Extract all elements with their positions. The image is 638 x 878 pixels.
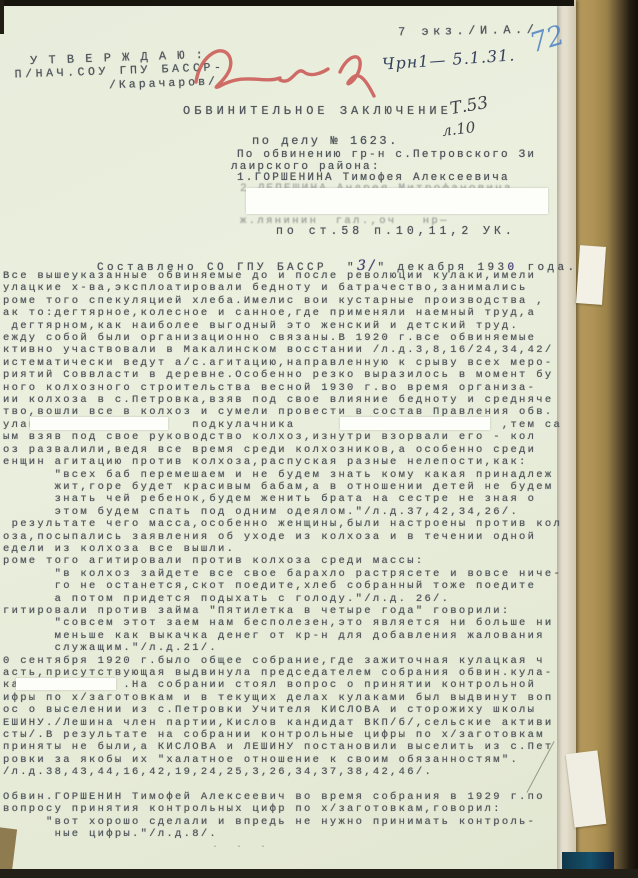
document-title: ОБВИНИТЕЛЬНОЕ ЗАКЛЮЧЕНИЕ — [183, 104, 452, 118]
signature-scribble — [188, 38, 398, 102]
paper-scrap-top — [576, 245, 606, 305]
bottom-edge-band — [0, 869, 638, 878]
left-edge-shadow — [0, 0, 4, 34]
redaction-box-kulak-name — [30, 417, 168, 430]
copies-note: 7 экз./И.А./ — [398, 23, 539, 39]
accused-intro-line1: По обвинению гр-н с.Петровского Зи — [237, 149, 536, 161]
top-edge-shadow — [0, 0, 574, 6]
scanned-document: 7 экз./И.А./ У Т В Е Р Ж Д А Ю : П/НАЧ.С… — [0, 0, 638, 878]
case-number: по делу № 1623. — [252, 134, 399, 148]
body-text: Все вышеуказанные обвиняемые до и после … — [3, 270, 562, 841]
article-line: по ст.58 п.10,11,2 УК. — [276, 225, 516, 238]
redaction-box-podkulachnik-name — [340, 417, 490, 430]
redaction-box-names — [246, 188, 548, 214]
footer-dots: · · · — [212, 842, 272, 853]
redaction-box-chairman-name — [16, 678, 116, 690]
